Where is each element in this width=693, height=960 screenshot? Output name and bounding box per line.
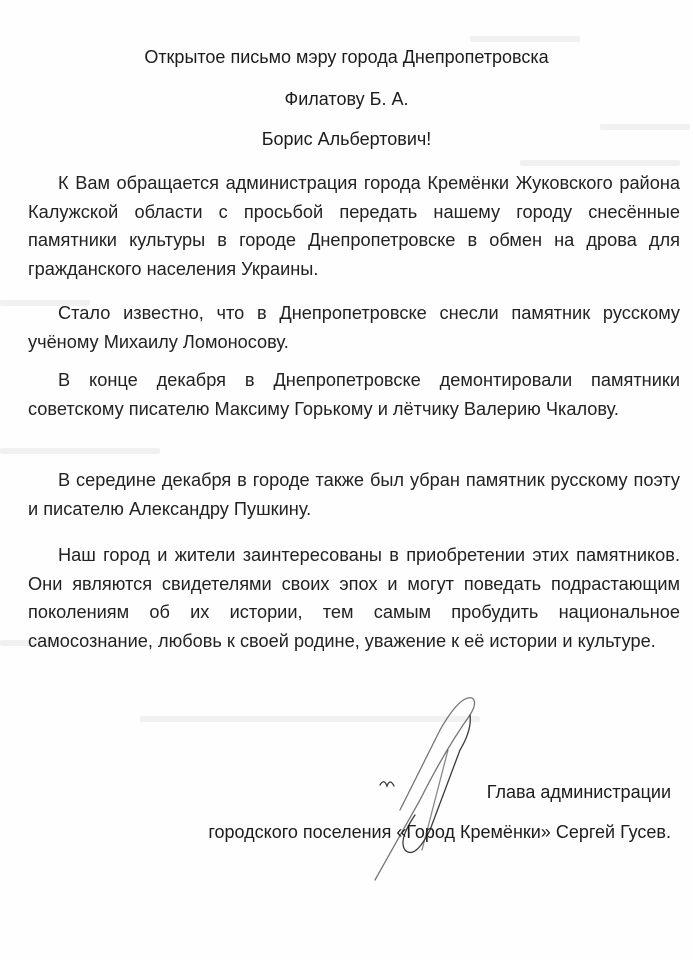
paragraph-request: К Вам обращается администрация города Кр… [28,169,680,283]
signatory-title: Глава администрации [487,782,671,803]
show-through-artifact [520,160,680,166]
scanned-letter-page: Открытое письмо мэру города Днепропетров… [0,0,693,960]
show-through-artifact [0,448,160,454]
paragraph-interest: Наш город и жители заинтересованы в прио… [28,541,680,655]
signatory-organization-name: городского поселения «Город Кремёнки» Се… [208,822,671,843]
letter-title: Открытое письмо мэру города Днепропетров… [0,47,693,68]
paragraph-gorky-chkalov: В конце декабря в Днепропетровске демонт… [28,366,680,423]
show-through-artifact [470,36,580,42]
paragraph-lomonosov: Стало известно, что в Днепропетровске сн… [28,299,680,356]
paragraph-pushkin: В середине декабря в городе также был уб… [28,466,680,523]
letter-salutation: Борис Альбертович! [0,129,693,150]
letter-addressee: Филатову Б. А. [0,89,693,110]
